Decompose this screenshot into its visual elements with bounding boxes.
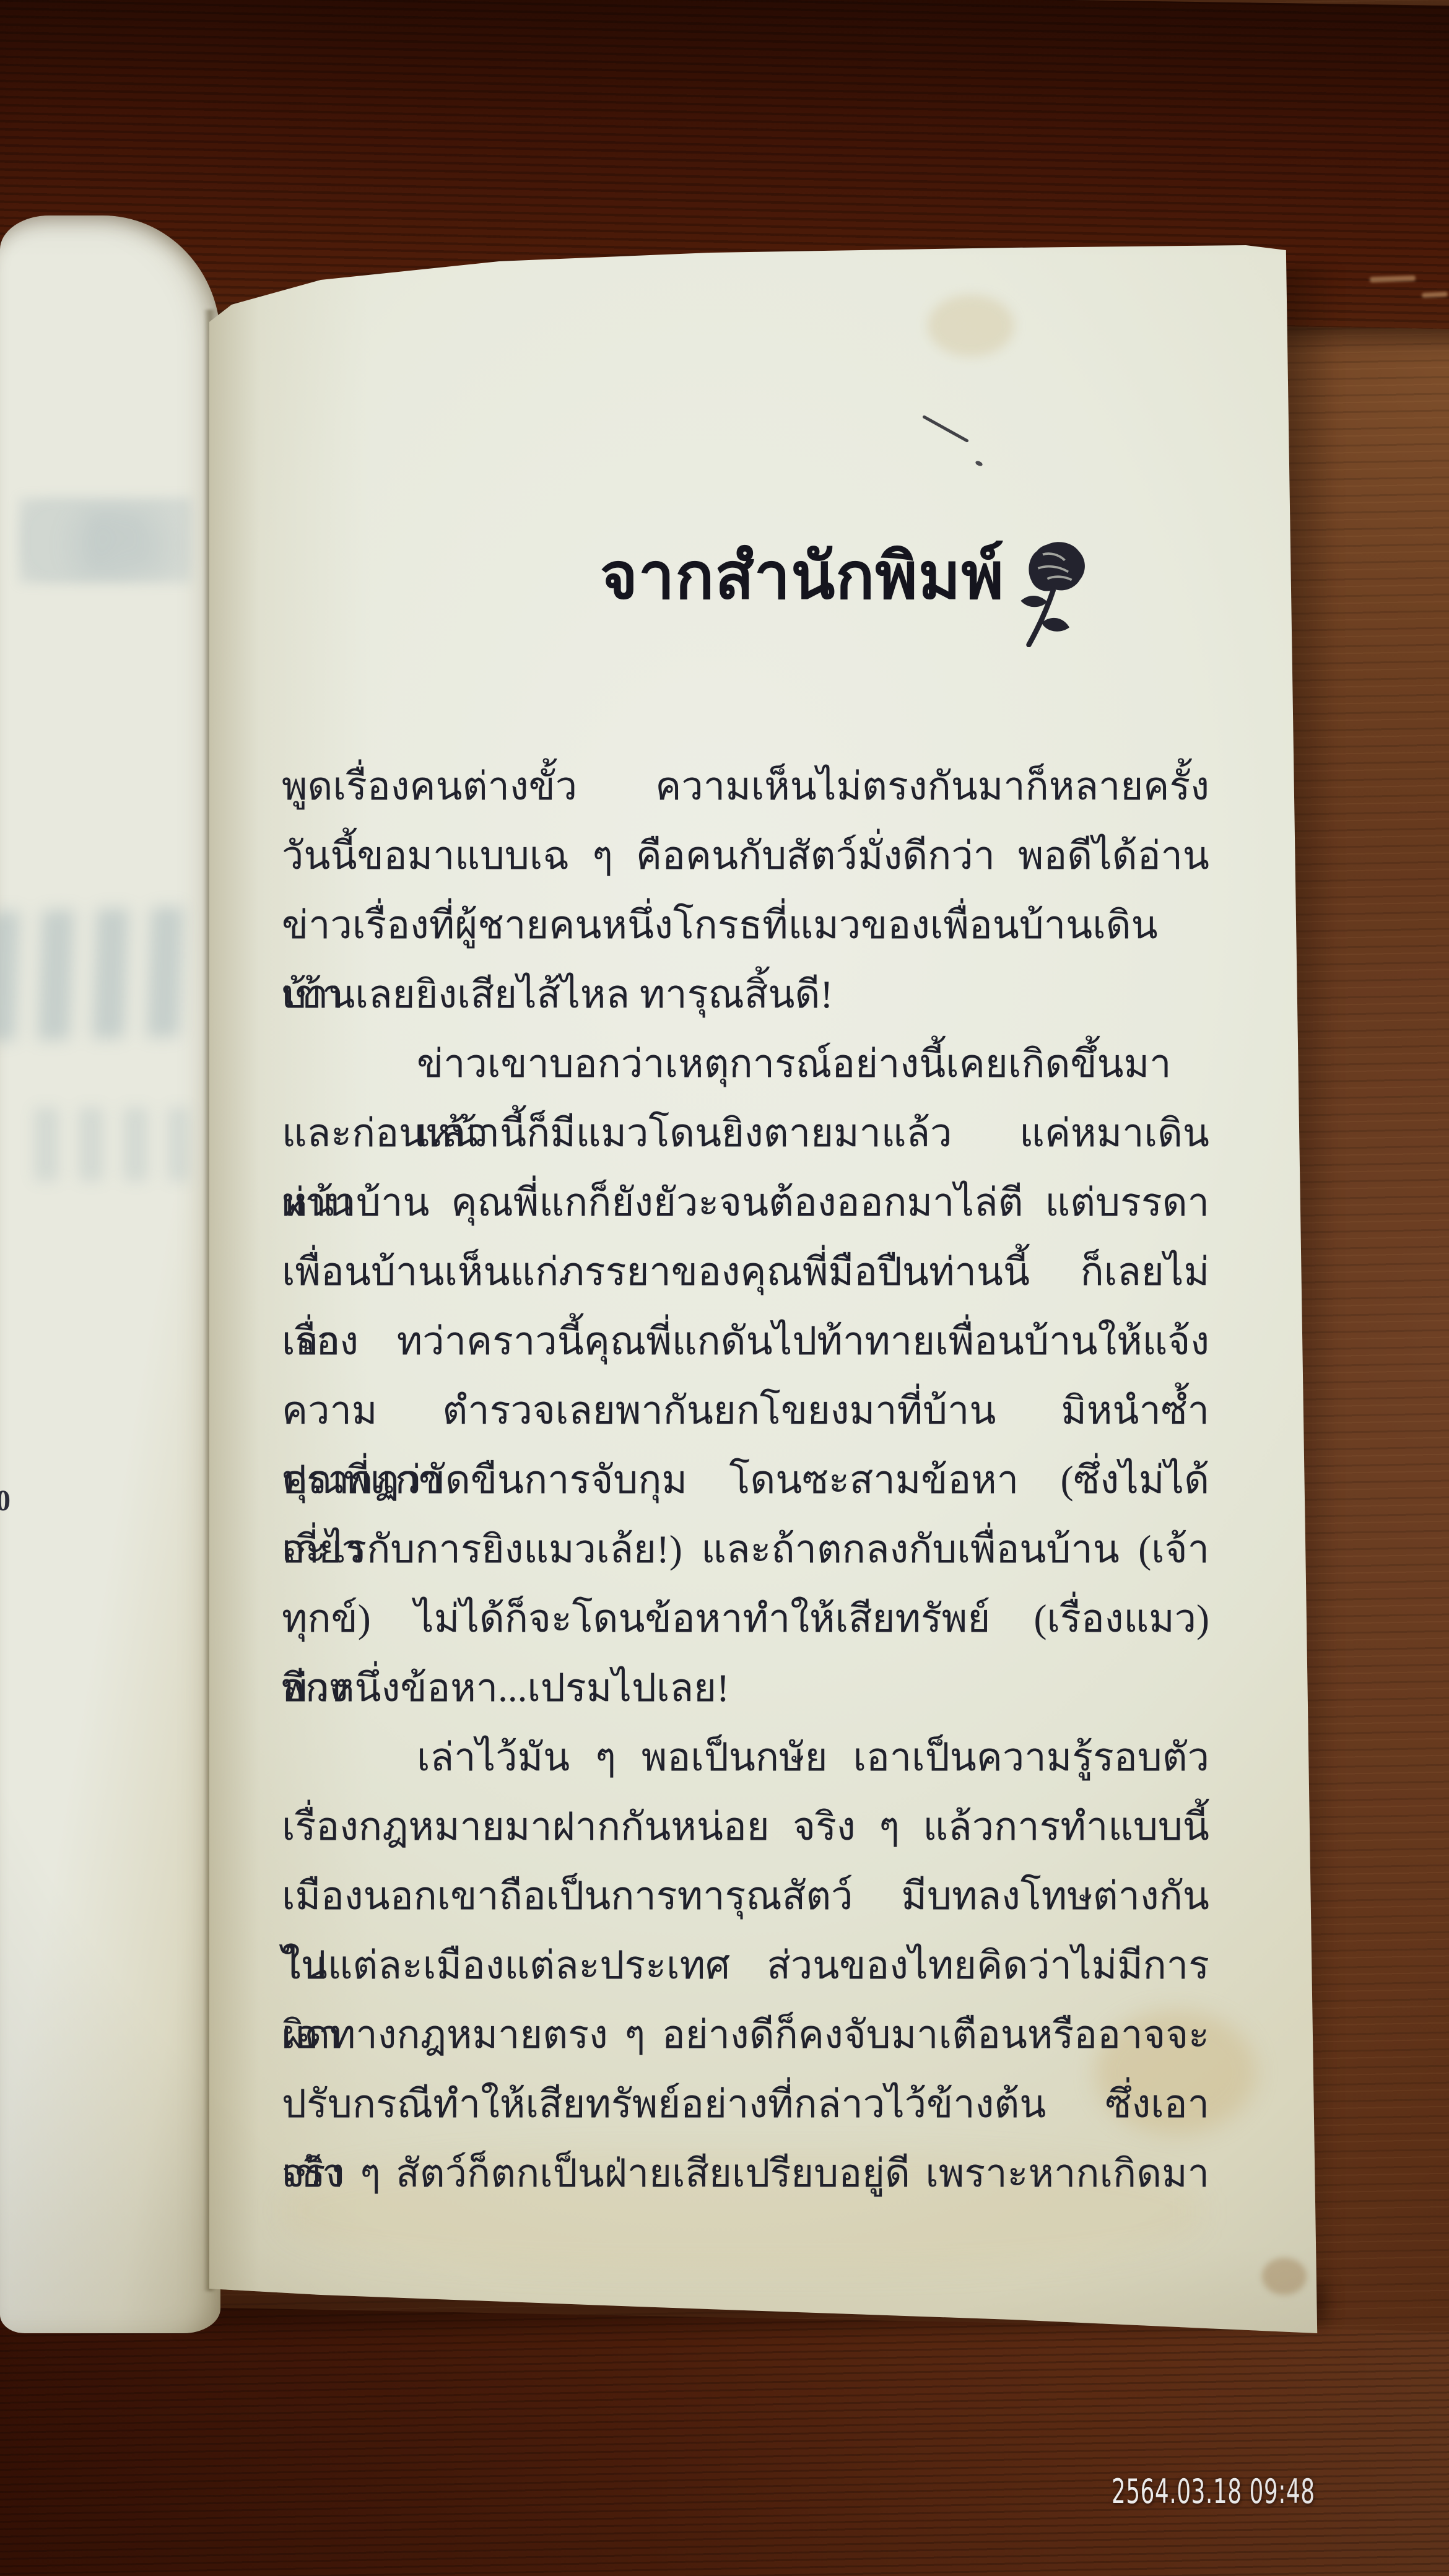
right-page: จากสำนักพิมพ์ พูดเรื่องคนต่างขั้ว ความเห… — [209, 245, 1324, 2338]
pen-mark-dot — [975, 460, 983, 467]
text-line: ในแต่ละเมืองแต่ละประเทศ ส่วนของไทยคิดว่า… — [282, 1931, 1209, 2000]
text-line: วันนี้ขอมาแบบเฉ ๆ คือคนกับสัตว์มั่งดีกว่… — [282, 821, 1209, 890]
text-line: อีกหนึ่งข้อหา...เปรมไปเลย! — [282, 1653, 1209, 1723]
text-line: คุณพี่แกขัดขืนการจับกุม โดนซะสามข้อหา (ซ… — [282, 1445, 1209, 1515]
text-line: เมืองนอกเขาถือเป็นการทารุณสัตว์ มีบทลงโท… — [282, 1861, 1209, 1931]
text-line: ข่าวเรื่องที่ผู้ชายคนหนึ่งโกรธที่แมวของเ… — [282, 890, 1209, 960]
text-line: เล่าไว้มัน ๆ พอเป็นกษัย เอาเป็นความรู้รอ… — [282, 1723, 1209, 1792]
book-photo: 00 จากสำนักพิมพ์ พูดเรื่องคนต่างขั้ว ควา… — [0, 0, 1449, 2576]
text-line: เรื่อง ทว่าคราวนี้คุณพี่แกดันไปท้าทายเพื… — [282, 1307, 1209, 1376]
text-line: เรื่องกฎหมายมาฝากกันหน่อย จริง ๆ แล้วการ… — [282, 1792, 1209, 1861]
text-line: พูดเรื่องคนต่างขั้ว ความเห็นไม่ตรงกันมาก… — [282, 752, 1209, 821]
page-title: จากสำนักพิมพ์ — [600, 527, 1004, 627]
left-page-print-fragment: 00 — [0, 1486, 9, 1516]
text-line: ปรับกรณีทำให้เสียทรัพย์อย่างที่กล่าวไว้ข… — [282, 2069, 1209, 2139]
text-line: และก่อนหน้านี้ก็มีแมวโดนยิงตายมาแล้ว แค่… — [282, 1099, 1209, 1168]
bleed-through-text — [0, 907, 192, 1042]
bleed-through-text — [19, 497, 192, 584]
page-header: จากสำนักพิมพ์ — [381, 527, 1307, 650]
text-line: เพื่อนบ้านเห็นแก่ภรรยาของคุณพี่มือปืนท่า… — [282, 1237, 1209, 1307]
paper-stain — [1262, 2258, 1307, 2295]
rose-icon — [1014, 541, 1087, 650]
pen-mark — [922, 415, 969, 443]
bleed-through-text — [34, 1107, 189, 1181]
text-line: อะไรกับการยิงแมวเล้ย!) และถ้าตกลงกับเพื่… — [282, 1515, 1209, 1584]
camera-timestamp: 2564.03.18 09:48 — [1112, 2472, 1315, 2511]
text-line: ทุกข์) ไม่ได้ก็จะโดนข้อหาทำให้เสียทรัพย์… — [282, 1584, 1209, 1653]
text-line: ผิดทางกฎหมายตรง ๆ อย่างดีก็คงจับมาเตือนห… — [282, 2000, 1209, 2069]
text-line: ข่าวเขาบอกว่าเหตุการณ์อย่างนี้เคยเกิดขึ้… — [282, 1029, 1209, 1099]
text-line: จริง ๆ สัตว์ก็ตกเป็นฝ่ายเสียเปรียบอยู่ดี… — [282, 2139, 1209, 2208]
text-line: หน้าบ้าน คุณพี่แกก็ยังยัวะจนต้องออกมาไล่… — [282, 1168, 1209, 1237]
text-line: บ้านเลยยิงเสียไส้ไหล ทารุณสิ้นดี! — [282, 960, 1209, 1029]
left-page: 00 — [0, 215, 220, 2333]
text-line: ความ ตำรวจเลยพากันยกโขยงมาที่บ้าน มิหนำซ… — [282, 1376, 1209, 1445]
body-text: พูดเรื่องคนต่างขั้ว ความเห็นไม่ตรงกันมาก… — [282, 752, 1209, 2208]
paper-stain — [928, 295, 1014, 357]
